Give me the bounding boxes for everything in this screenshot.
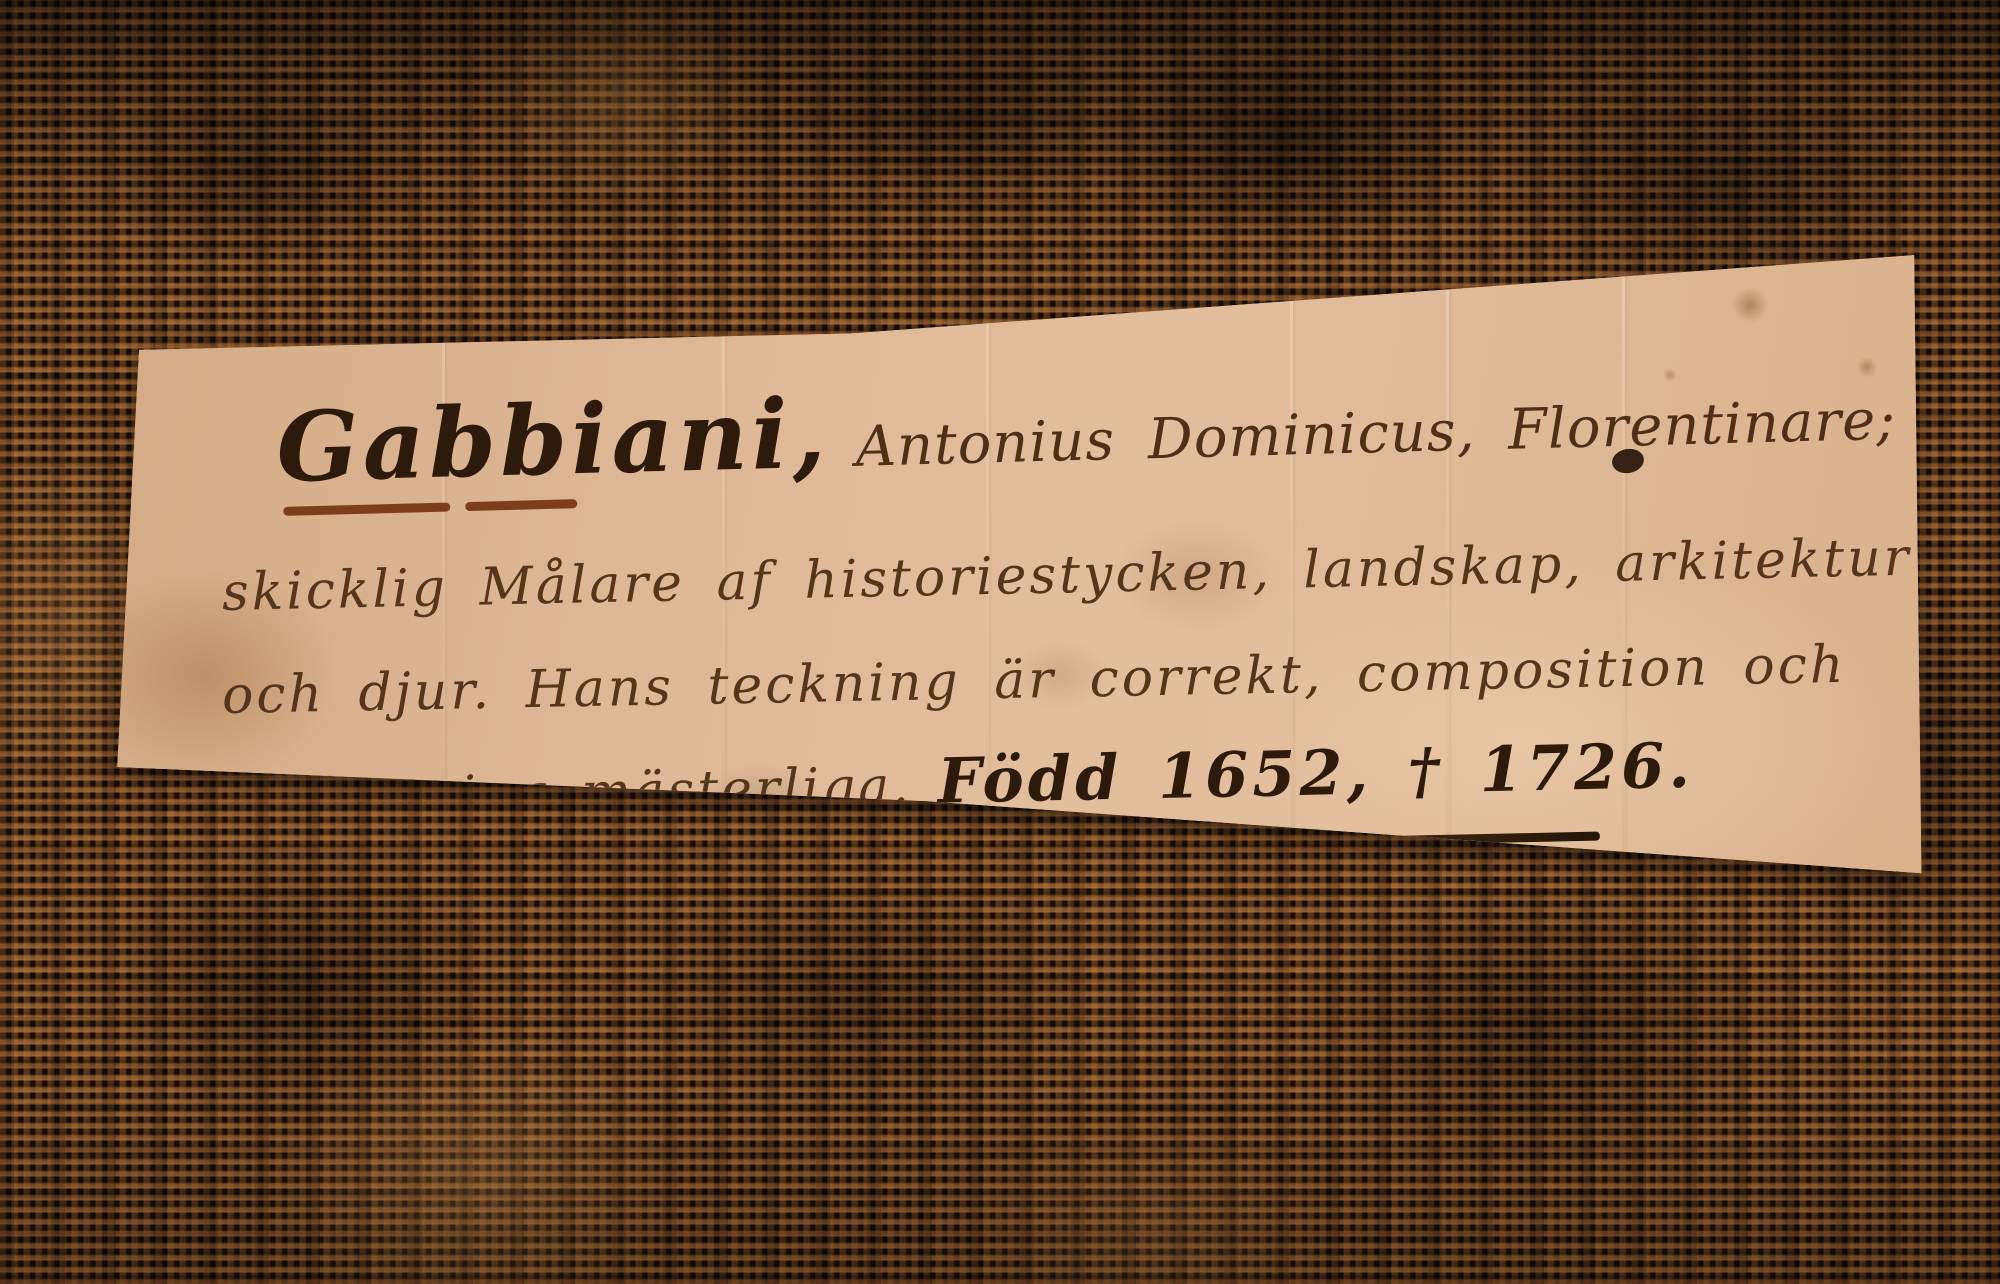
label-line-4: colerering mästerliga.Född 1652, † 1726. [249,735,1694,827]
label-line-1: Gabbiani,Antonius Dominicus, Florentinar… [275,358,1897,496]
label-line-3: och djur. Hans teckning är correkt, comp… [222,639,1847,722]
artist-details: Antonius Dominicus, Florentinare; [855,388,1897,480]
photo-painting-verso: Gabbiani,Antonius Dominicus, Florentinar… [0,0,2000,1284]
dates-underline [960,832,1600,854]
label-line-2: skicklig Målare af historiestycken, land… [221,532,1912,619]
name-underline-segment [283,502,450,515]
ink-dot-marks [350,333,376,341]
paper-label-wrap: Gabbiani,Antonius Dominicus, Florentinar… [110,245,1925,877]
paper-label: Gabbiani,Antonius Dominicus, Florentinar… [110,245,1925,877]
label-line-4-text: colerering mästerliga. [249,756,912,830]
life-dates: Född 1652, † 1726. [937,729,1695,818]
name-underline-segment [465,499,577,511]
artist-name: Gabbiani, [275,377,831,504]
